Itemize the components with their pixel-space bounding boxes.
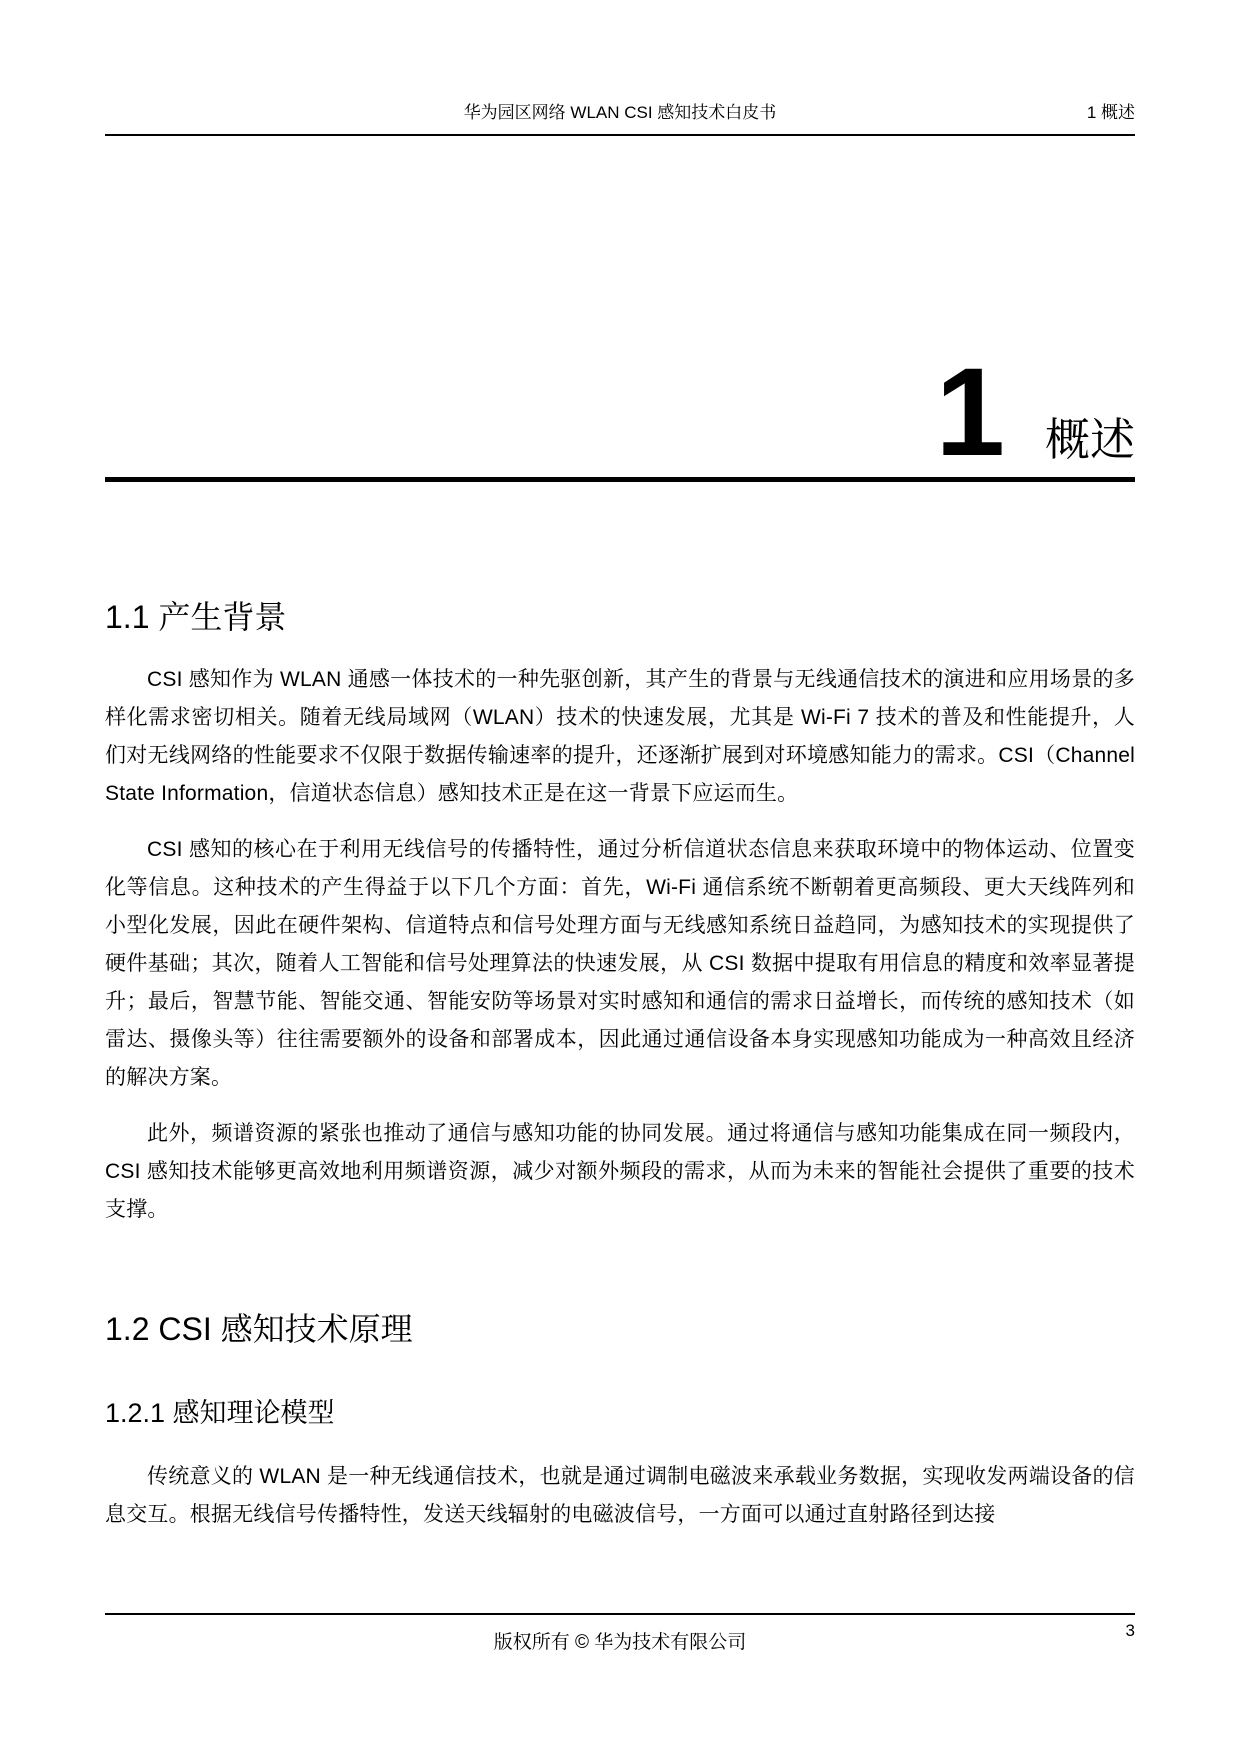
subsection-heading-1-2-1: 1.2.1 感知理论模型 xyxy=(105,1394,1135,1432)
document-page: 华为园区网络 WLAN CSI 感知技术白皮书 1 概述 1 概述 1.1 产生… xyxy=(0,0,1240,1754)
paragraph: 传统意义的 WLAN 是一种无线通信技术，也就是通过调制电磁波来承载业务数据，实… xyxy=(105,1458,1135,1534)
section-heading-1-1: 1.1 产生背景 xyxy=(105,595,1135,640)
chapter-heading: 1 概述 xyxy=(105,364,1135,462)
chapter-title: 概述 xyxy=(1045,417,1135,462)
section-heading-1-2: 1.2 CSI 感知技术原理 xyxy=(105,1307,1135,1352)
page-header: 华为园区网络 WLAN CSI 感知技术白皮书 1 概述 xyxy=(105,100,1135,136)
page-footer: 版权所有 © 华为技术有限公司 3 xyxy=(105,1613,1135,1654)
paragraph: 此外，频谱资源的紧张也推动了通信与感知功能的协同发展。通过将通信与感知功能集成在… xyxy=(105,1115,1135,1229)
paragraph: CSI 感知的核心在于利用无线信号的传播特性，通过分析信道状态信息来获取环境中的… xyxy=(105,831,1135,1097)
paragraph: CSI 感知作为 WLAN 通感一体技术的一种先驱创新，其产生的背景与无线通信技… xyxy=(105,661,1135,813)
footer-page-number: 3 xyxy=(1126,1621,1135,1641)
footer-copyright: 版权所有 © 华为技术有限公司 xyxy=(105,1627,1135,1654)
chapter-number: 1 xyxy=(935,364,1005,462)
header-chapter-ref: 1 概述 xyxy=(1087,100,1135,125)
header-doc-title: 华为园区网络 WLAN CSI 感知技术白皮书 xyxy=(464,103,777,122)
